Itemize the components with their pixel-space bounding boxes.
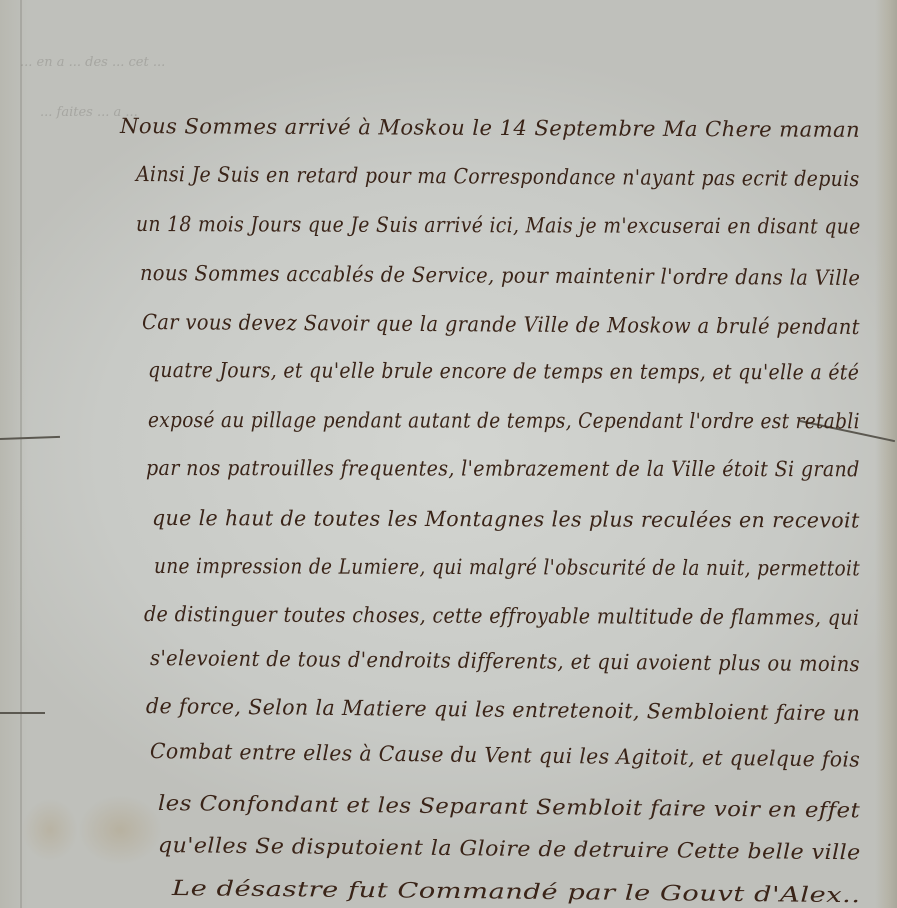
handwritten-line: les Confondant et les Separant Sembloit … bbox=[158, 791, 860, 822]
handwritten-line: Le désastre fut Commandé par le Gouvt d'… bbox=[172, 876, 861, 907]
handwritten-line: exposé au pillage pendant autant de temp… bbox=[148, 408, 860, 433]
handwritten-line: une impression de Lumiere, qui malgré l'… bbox=[154, 554, 860, 580]
manuscript-page: ... en a ... des ... cet ... ... faites … bbox=[0, 0, 897, 908]
handwritten-line: s'elevoient de tous d'endroits different… bbox=[150, 646, 860, 676]
paper-fold-line bbox=[20, 0, 22, 908]
handwritten-line: un 18 mois Jours que Je Suis arrivé ici,… bbox=[136, 212, 861, 239]
bleed-through-text: ... en a ... des ... cet ... bbox=[20, 55, 165, 70]
handwritten-line: Nous Sommes arrivé à Moskou le 14 Septem… bbox=[120, 114, 860, 142]
paper-tear-left-lower bbox=[0, 712, 45, 714]
handwritten-line: de force, Selon la Matiere qui les entre… bbox=[146, 694, 860, 725]
handwritten-line: par nos patrouilles frequentes, l'embraz… bbox=[146, 456, 860, 481]
handwritten-line: de distinguer toutes choses, cette effro… bbox=[144, 602, 860, 630]
handwritten-line: que le haut de toutes les Montagnes les … bbox=[152, 506, 860, 532]
handwritten-line: Car vous devez Savoir que la grande Vill… bbox=[142, 310, 860, 339]
handwritten-line: Combat entre elles à Cause du Vent qui l… bbox=[150, 739, 860, 772]
handwritten-line: nous Sommes accablés de Service, pour ma… bbox=[140, 261, 860, 290]
handwritten-line: quatre Jours, et qu'elle brule encore de… bbox=[148, 358, 859, 384]
paper-left-edge bbox=[0, 0, 28, 908]
handwritten-line: qu'elles Se disputoient la Gloire de det… bbox=[158, 833, 861, 864]
handwritten-line: Ainsi Je Suis en retard pour ma Correspo… bbox=[136, 162, 860, 191]
paper-right-edge bbox=[875, 0, 897, 908]
